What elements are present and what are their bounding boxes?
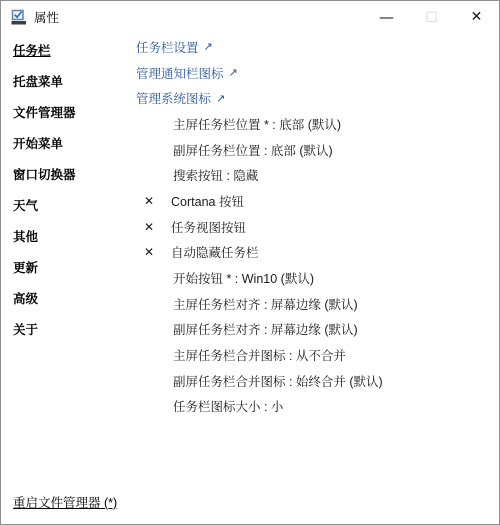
external-link-arrow-icon: ↗ (204, 40, 213, 53)
settings-list: 任务栏设置↗管理通知栏图标↗管理系统图标↗主屏任务栏位置 * : 底部 (默认)… (136, 34, 491, 419)
sidebar-item-label: 任务栏 (13, 41, 51, 59)
setting-option-row[interactable]: 副屏任务栏合并图标 : 始终合并 (默认) (136, 368, 491, 394)
minimize-button[interactable]: — (364, 1, 409, 32)
option-label: 管理系统图标 (136, 89, 211, 107)
sidebar-item[interactable]: 窗口切换器 (13, 158, 133, 189)
option-label: 开始按钮 * : Win10 (默认) (173, 269, 314, 287)
setting-option-row[interactable]: 副屏任务栏位置 : 底部 (默认) (136, 137, 491, 163)
option-label: 任务视图按钮 (171, 218, 246, 236)
external-link-arrow-icon: ↗ (229, 66, 238, 79)
checkbox-option-row[interactable]: ✕Cortana 按钮 (136, 188, 491, 214)
sidebar-item[interactable]: 其他 (13, 220, 133, 251)
option-label: 副屏任务栏位置 : 底部 (默认) (173, 141, 333, 159)
maximize-button: □ (409, 1, 454, 32)
option-label: 主屏任务栏合并图标 : 从不合并 (173, 346, 346, 364)
sidebar-item[interactable]: 开始菜单 (13, 127, 133, 158)
sidebar-item[interactable]: 文件管理器 (13, 96, 133, 127)
restart-explorer-link[interactable]: 重启文件管理器 (*) (13, 493, 117, 511)
external-link-arrow-icon: ↗ (216, 92, 225, 105)
sidebar-item-label: 其他 (13, 227, 38, 245)
setting-option-row[interactable]: 主屏任务栏位置 * : 底部 (默认) (136, 111, 491, 137)
option-label: 副屏任务栏合并图标 : 始终合并 (默认) (173, 372, 383, 390)
checkbox-option-row[interactable]: ✕任务视图按钮 (136, 214, 491, 240)
sidebar-item-label: 文件管理器 (13, 103, 76, 121)
sidebar-item-label: 托盘菜单 (13, 72, 63, 90)
external-link-row[interactable]: 管理通知栏图标↗ (136, 60, 491, 86)
window-title: 属性 (34, 8, 59, 26)
sidebar-item[interactable]: 天气 (13, 189, 133, 220)
setting-option-row[interactable]: 主屏任务栏合并图标 : 从不合并 (136, 342, 491, 368)
sidebar: 任务栏托盘菜单文件管理器开始菜单窗口切换器天气其他更新高级关于 (13, 34, 133, 344)
setting-option-row[interactable]: 主屏任务栏对齐 : 屏幕边缘 (默认) (136, 291, 491, 317)
close-button[interactable]: ✕ (454, 1, 499, 32)
option-label: 自动隐藏任务栏 (171, 243, 259, 261)
option-label: 主屏任务栏位置 * : 底部 (默认) (173, 115, 341, 133)
option-label: 任务栏图标大小 : 小 (173, 397, 283, 415)
option-label: Cortana 按钮 (171, 192, 244, 210)
properties-window: 属性 — □ ✕ 任务栏托盘菜单文件管理器开始菜单窗口切换器天气其他更新高级关于… (0, 0, 500, 525)
setting-option-row[interactable]: 任务栏图标大小 : 小 (136, 394, 491, 420)
unchecked-x-icon: ✕ (144, 220, 164, 234)
external-link-row[interactable]: 管理系统图标↗ (136, 85, 491, 111)
titlebar: 属性 — □ ✕ (1, 1, 499, 33)
option-label: 管理通知栏图标 (136, 64, 224, 82)
setting-option-row[interactable]: 副屏任务栏对齐 : 屏幕边缘 (默认) (136, 317, 491, 343)
sidebar-item[interactable]: 关于 (13, 313, 133, 344)
sidebar-item[interactable]: 任务栏 (13, 34, 133, 65)
checkbox-option-row[interactable]: ✕自动隐藏任务栏 (136, 240, 491, 266)
option-label: 搜索按钮 : 隐藏 (173, 166, 258, 184)
option-label: 副屏任务栏对齐 : 屏幕边缘 (默认) (173, 320, 358, 338)
sidebar-item[interactable]: 更新 (13, 251, 133, 282)
option-label: 主屏任务栏对齐 : 屏幕边缘 (默认) (173, 295, 358, 313)
sidebar-item-label: 关于 (13, 320, 38, 338)
sidebar-item-label: 高级 (13, 289, 38, 307)
sidebar-item-label: 天气 (13, 196, 38, 214)
sidebar-item-label: 开始菜单 (13, 134, 63, 152)
sidebar-item-label: 窗口切换器 (13, 165, 76, 183)
unchecked-x-icon: ✕ (144, 194, 164, 208)
sidebar-item[interactable]: 高级 (13, 282, 133, 313)
sidebar-item-label: 更新 (13, 258, 38, 276)
setting-option-row[interactable]: 开始按钮 * : Win10 (默认) (136, 265, 491, 291)
unchecked-x-icon: ✕ (144, 245, 164, 259)
setting-option-row[interactable]: 搜索按钮 : 隐藏 (136, 162, 491, 188)
sidebar-item[interactable]: 托盘菜单 (13, 65, 133, 96)
app-icon (11, 9, 27, 25)
option-label: 任务栏设置 (136, 38, 199, 56)
external-link-row[interactable]: 任务栏设置↗ (136, 34, 491, 60)
window-controls: — □ ✕ (364, 1, 499, 32)
